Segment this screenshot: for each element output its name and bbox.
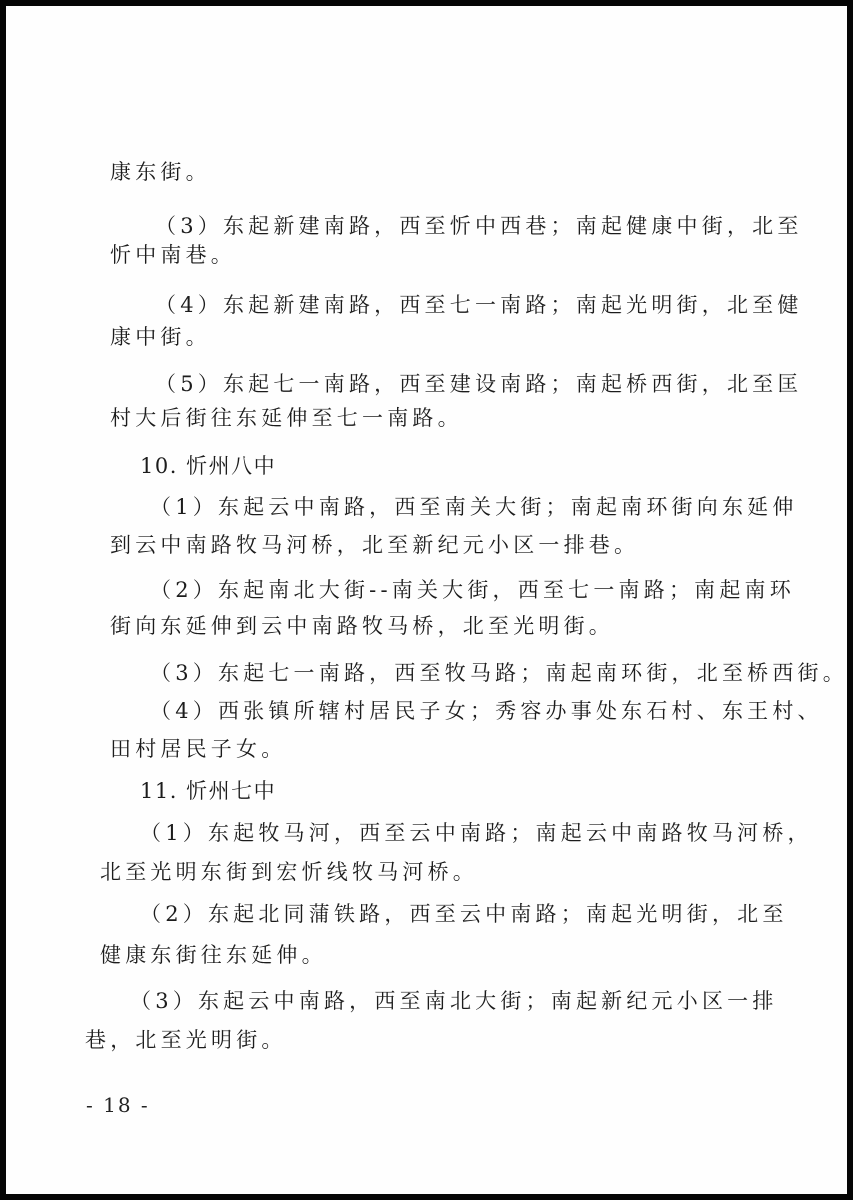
text-line: 康中街。 <box>110 323 211 351</box>
text-line: （3）东起七一南路，西至牧马路；南起南环街，北至桥西街。 <box>150 659 848 687</box>
text-line: 巷，北至光明街。 <box>85 1026 287 1054</box>
text-line: 忻中南巷。 <box>110 241 236 269</box>
text-line: （2）东起北同蒲铁路，西至云中南路；南起光明街，北至 <box>140 900 788 928</box>
text-line: 村大后街往东延伸至七一南路。 <box>110 404 463 432</box>
section-heading: 11. 忻州七中 <box>140 777 276 805</box>
text-line: （2）东起南北大街--南关大街，西至七一南路；南起南环 <box>150 576 795 604</box>
document-page: 康东街。（3）东起新建南路，西至忻中西巷；南起健康中街，北至忻中南巷。（4）东起… <box>6 6 847 1194</box>
section-heading: 10. 忻州八中 <box>140 452 276 480</box>
text-line: 北至光明东街到宏忻线牧马河桥。 <box>100 858 478 886</box>
text-line: （4）东起新建南路，西至七一南路；南起光明街，北至健 <box>155 291 803 319</box>
text-line: （3）东起新建南路，西至忻中西巷；南起健康中街，北至 <box>155 212 803 240</box>
text-line: 田村居民子女。 <box>110 735 286 763</box>
text-line: 康东街。 <box>110 158 211 186</box>
text-line: 到云中南路牧马河桥，北至新纪元小区一排巷。 <box>110 531 639 559</box>
text-line: 街向东延伸到云中南路牧马桥，北至光明街。 <box>110 612 614 640</box>
text-line: （4）西张镇所辖村居民子女；秀容办事处东石村、东王村、 <box>150 697 823 725</box>
text-line: （1）东起云中南路，西至南关大街；南起南环街向东延伸 <box>150 493 798 521</box>
text-line: 健康东街往东延伸。 <box>100 941 327 969</box>
text-line: （3）东起云中南路，西至南北大街；南起新纪元小区一排 <box>130 987 778 1015</box>
text-line: （5）东起七一南路，西至建设南路；南起桥西街，北至匡 <box>155 370 803 398</box>
text-line: （1）东起牧马河，西至云中南路；南起云中南路牧马河桥， <box>140 819 813 847</box>
page-number: - 18 - <box>86 1093 150 1117</box>
